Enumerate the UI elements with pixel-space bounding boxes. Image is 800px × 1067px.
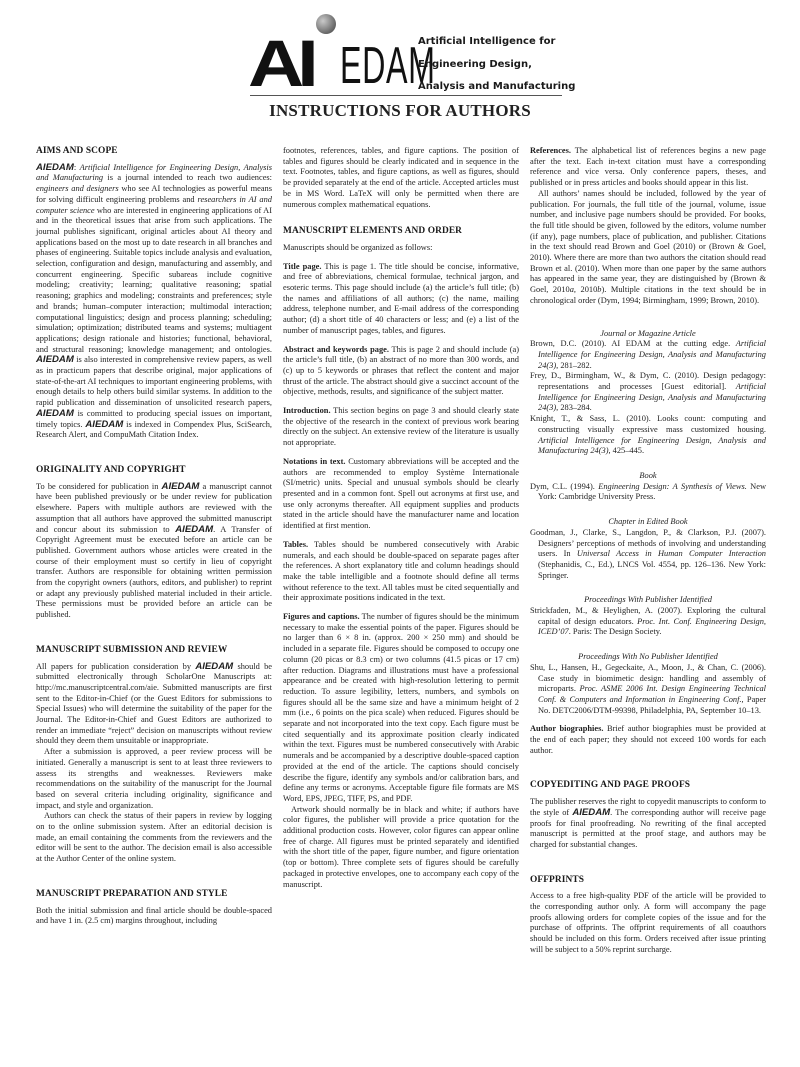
text-span: . A Transfer of Copyright Agreement must…	[36, 525, 272, 620]
logo-tagline-line-3: Analysis and Manufacturing	[418, 81, 575, 92]
run-in-heading: Author biographies.	[530, 724, 603, 733]
text-span: Dym, C.L. (1994).	[530, 482, 598, 491]
title-page-paragraph: Title page. This is page 1. The title sh…	[283, 262, 519, 337]
figures-paragraph: Figures and captions. The number of figu…	[283, 612, 519, 805]
artwork-paragraph: Artwork should normally be in black and …	[283, 805, 519, 891]
journal-abbrev: AIEDAM	[162, 481, 200, 492]
text-span: , 281–282.	[556, 361, 592, 370]
reference-category: Proceedings With Publisher Identified	[530, 595, 766, 606]
introduction-paragraph: Introduction. This section begins on pag…	[283, 406, 519, 449]
text-span: The number of figures should be the mini…	[283, 612, 519, 803]
text-span: should be submitted electronically throu…	[36, 662, 272, 746]
run-in-heading: Tables.	[283, 540, 308, 549]
reference-entry: Brown, D.C. (2010). AI EDAM at the cutti…	[530, 339, 766, 371]
reference-entry: Frey, D., Birmingham, W., & Dym, C. (201…	[530, 371, 766, 414]
logo-tagline-line-2: Engineering Design,	[418, 59, 532, 70]
journal-abbrev: AIEDAM	[175, 524, 213, 535]
run-in-heading: Title page.	[283, 262, 322, 271]
section-heading-elements: MANUSCRIPT ELEMENTS AND ORDER	[283, 226, 519, 237]
reference-entry: Goodman, J., Clarke, S., Langdon, P., & …	[530, 528, 766, 582]
reference-category: Journal or Magazine Article	[530, 329, 766, 340]
references-paragraph-1: References. The alphabetical list of ref…	[530, 146, 766, 189]
reference-category: Book	[530, 471, 766, 482]
run-in-heading: Abstract and keywords page.	[283, 345, 389, 354]
spacer	[36, 629, 272, 645]
text-span: (Stephanidis, C., Ed.), LNCS Vol. 4554, …	[538, 560, 766, 580]
text-span: All authors’ names should be included, f…	[530, 189, 766, 294]
reference-entry: Strickfaden, M., & Heylighen, A. (2007).…	[530, 606, 766, 638]
section-heading-copyediting: COPYEDITING AND PAGE PROOFS	[530, 780, 766, 791]
journal-abbrev: AIEDAM	[36, 162, 74, 173]
originality-paragraph: To be considered for publication in AIED…	[36, 482, 272, 621]
text-span: Brown, D.C. (2010). AI EDAM at the cutti…	[530, 339, 736, 348]
spacer	[530, 859, 766, 875]
journal-abbrev: AIEDAM	[195, 661, 233, 672]
section-heading-aims: AIMS AND SCOPE	[36, 146, 272, 157]
column-middle: footnotes, references, tables, and figur…	[283, 146, 519, 898]
logo-ai-mark: AI	[248, 32, 312, 94]
text-span: To be considered for publication in	[36, 482, 162, 491]
submission-paragraph-1: All papers for publication consideration…	[36, 662, 272, 748]
journal-abbrev: AIEDAM	[36, 408, 74, 419]
preparation-paragraph-part-2: footnotes, references, tables, and figur…	[283, 146, 519, 210]
audience-1: engineers and designers	[36, 184, 119, 193]
reference-category: Proceedings With No Publisher Identified	[530, 652, 766, 663]
spacer	[36, 873, 272, 889]
spacer	[36, 449, 272, 465]
text-span: Universal Access in Human Computer Inter…	[577, 549, 766, 558]
header-rule	[250, 95, 562, 96]
spacer	[530, 716, 766, 724]
spacer	[530, 581, 766, 589]
text-span: is a journal intended to reach two audie…	[103, 173, 272, 182]
masthead: AI EDAM Artificial Intelligence for Engi…	[0, 0, 800, 130]
submission-paragraph-2: After a submission is approved, a peer r…	[36, 747, 272, 811]
text-span: Tables should be numbered consecutively …	[283, 540, 519, 603]
column-left: AIMS AND SCOPE AIEDAM: Artificial Intell…	[36, 146, 272, 935]
spacer	[530, 638, 766, 646]
text-span: Engineering Design: A Synthesis of Views…	[598, 482, 747, 491]
text-span: Artificial Intelligence for Engineering …	[538, 436, 766, 456]
elements-intro: Manuscripts should be organized as follo…	[283, 243, 519, 254]
run-in-heading: Notations in text.	[283, 457, 345, 466]
run-in-heading: References.	[530, 146, 571, 155]
aims-paragraph: AIEDAM: Artificial Intelligence for Engi…	[36, 163, 272, 441]
text-span: Knight, T., & Sass, L. (2010). Looks cou…	[530, 414, 766, 434]
submission-paragraph-3: Authors can check the status of their pa…	[36, 811, 272, 865]
section-heading-offprints: OFFPRINTS	[530, 875, 766, 886]
text-span: , 425–445.	[608, 446, 644, 455]
preparation-paragraph-part-1: Both the initial submission and final ar…	[36, 906, 272, 927]
logo-tagline-line-1: Artificial Intelligence for	[418, 36, 555, 47]
spacer	[530, 315, 766, 323]
spacer	[530, 457, 766, 465]
spacer	[283, 218, 519, 226]
section-heading-preparation: MANUSCRIPT PREPARATION AND STYLE	[36, 889, 272, 900]
spacer	[530, 764, 766, 780]
column-right: References. The alphabetical list of ref…	[530, 146, 766, 964]
run-in-heading: Figures and captions.	[283, 612, 360, 621]
tables-paragraph: Tables. Tables should be numbered consec…	[283, 540, 519, 604]
text-span: . Paris: The Design Society.	[569, 627, 662, 636]
text-span: , 2010	[574, 285, 597, 294]
text-span: , 283–284.	[556, 403, 592, 412]
reference-entry: Shu, L., Hansen, H., Gegeckaite, A., Moo…	[530, 663, 766, 717]
text-span: This is page 1. The title should be conc…	[283, 262, 519, 335]
journal-logo: AI EDAM Artificial Intelligence for Engi…	[248, 14, 568, 96]
journal-abbrev: AIEDAM	[36, 354, 74, 365]
journal-abbrev: AIEDAM	[572, 807, 610, 818]
notations-paragraph: Notations in text. Customary abbreviatio…	[283, 457, 519, 532]
journal-abbrev: AIEDAM	[85, 419, 123, 430]
spacer	[530, 503, 766, 511]
abstract-paragraph: Abstract and keywords page. This is page…	[283, 345, 519, 399]
reference-entry: Knight, T., & Sass, L. (2010). Looks cou…	[530, 414, 766, 457]
logo-sphere-icon	[316, 14, 336, 34]
run-in-heading: Introduction.	[283, 406, 331, 415]
copyediting-paragraph: The publisher reserves the right to copy…	[530, 797, 766, 851]
text-span: Customary abbreviations will be accepted…	[283, 457, 519, 530]
reference-entry: Dym, C.L. (1994). Engineering Design: A …	[530, 482, 766, 503]
text-span: who are interested in engineering applic…	[36, 206, 272, 354]
reference-category: Chapter in Edited Book	[530, 517, 766, 528]
section-heading-submission: MANUSCRIPT SUBMISSION AND REVIEW	[36, 645, 272, 656]
references-paragraph-2: All authors’ names should be included, f…	[530, 189, 766, 307]
section-heading-originality: ORIGINALITY AND COPYRIGHT	[36, 465, 272, 476]
page-title: INSTRUCTIONS FOR AUTHORS	[0, 101, 800, 121]
author-biographies-paragraph: Author biographies. Brief author biograp…	[530, 724, 766, 756]
offprints-paragraph: Access to a free high-quality PDF of the…	[530, 891, 766, 955]
text-span: Frey, D., Birmingham, W., & Dym, C. (201…	[530, 371, 766, 391]
text-span: All papers for publication consideration…	[36, 662, 195, 671]
